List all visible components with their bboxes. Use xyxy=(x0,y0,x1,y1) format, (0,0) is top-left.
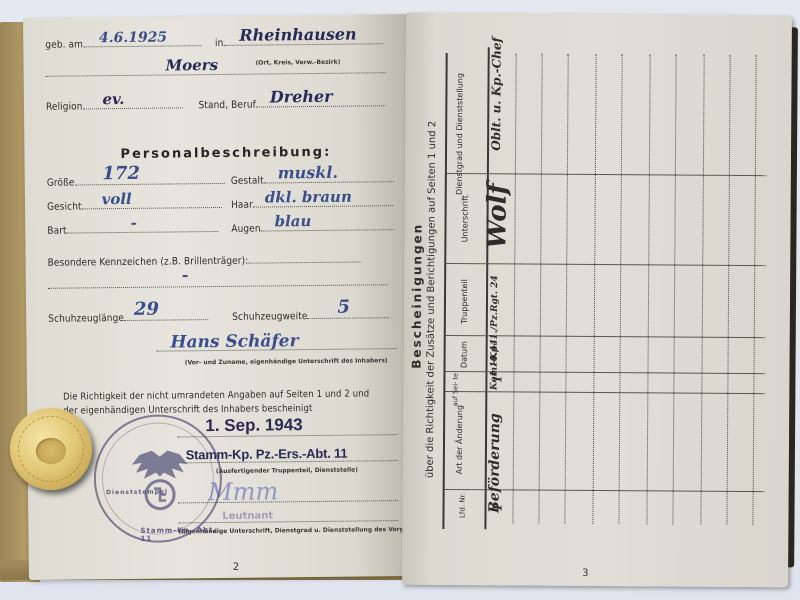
eagle-emblem-icon xyxy=(130,446,191,517)
build-row: Gestalt muskl. xyxy=(231,174,394,187)
marks-row: Besondere Kennzeichen (z.B. Brillenträge… xyxy=(48,255,361,269)
col-header-date: Datum xyxy=(460,341,469,368)
coin xyxy=(10,408,92,490)
right-page-subtitle: über die Richtigkeit der Zusätze und Ber… xyxy=(425,121,438,478)
eyes-row: Augen blau xyxy=(231,222,394,235)
district-value: Moers xyxy=(165,56,218,75)
shoe-width-label: Schuhzeugweite xyxy=(232,311,307,323)
left-page: geb. am 4.6.1925 in Rheinhausen (Ort, Kr… xyxy=(23,14,413,580)
marks-value: - xyxy=(182,265,189,284)
shoe-width-row: Schuhzeugweite 5 xyxy=(232,310,389,323)
stamp-label: Dienststempel xyxy=(106,489,168,497)
religion-row: Religion ev. Stand, Beruf Dreher xyxy=(46,98,398,113)
cert-date-row: 1. Sep. 1943 xyxy=(177,434,397,440)
row-change: Beförderung xyxy=(487,413,504,513)
cert-date-stamp: 1. Sep. 1943 xyxy=(205,415,303,436)
photo-scene: geb. am 4.6.1925 in Rheinhausen (Ort, Kr… xyxy=(0,0,800,600)
page-number-right: 3 xyxy=(582,568,588,579)
holder-signature-row: Hans Schäfer xyxy=(157,348,397,355)
row-rank: Oblt. u. Kp.-Chef xyxy=(489,37,504,151)
occupation-label: Stand, Beruf xyxy=(199,100,256,112)
born-on-value: 4.6.1925 xyxy=(99,30,167,47)
col-header-signature: Unterschrift xyxy=(460,195,469,242)
official-stamp: Dienststempel Stamm-Kp. Abt. 11 xyxy=(93,414,222,543)
officer-rank-stamp: Leutnant xyxy=(222,510,273,522)
shoe-width-value: 5 xyxy=(337,297,350,318)
beard-label: Bart xyxy=(47,226,66,237)
coin-relief-icon xyxy=(36,438,66,464)
face-row: Gesicht voll xyxy=(47,200,222,213)
eyes-value: blau xyxy=(274,212,311,230)
marks-label: Besondere Kennzeichen (z.B. Brillenträge… xyxy=(48,256,249,269)
hair-label: Haar xyxy=(231,200,253,211)
col-header-page: auf Sei- te xyxy=(451,373,459,406)
shoe-length-row: Schuhzeuglänge 29 xyxy=(48,312,208,325)
occupation-value: Dreher xyxy=(270,87,333,107)
religion-value: ev. xyxy=(102,90,124,108)
holder-signature-hint: (Vor- und Zuname, eigenhändige Unterschr… xyxy=(185,357,388,366)
row-signature: Wolf xyxy=(482,183,512,249)
row-nr: 1 xyxy=(491,503,505,511)
hair-row: Haar dkl. braun xyxy=(231,198,393,211)
face-label: Gesicht xyxy=(47,201,82,212)
beard-value: - xyxy=(130,214,136,232)
build-value: muskl. xyxy=(278,163,339,183)
holder-signature: Hans Schäfer xyxy=(170,331,298,352)
height-label: Größe xyxy=(47,177,75,188)
certification-text-1: Die Richtigkeit der nicht umrandeten Ang… xyxy=(63,388,369,402)
born-row: geb. am 4.6.1925 in Rheinhausen xyxy=(45,36,397,51)
row-date: 1.10.44 xyxy=(489,339,499,377)
born-in-hint: (Ort, Kreis, Verw.-Bezirk) xyxy=(256,59,341,67)
face-value: voll xyxy=(101,190,131,208)
religion-label: Religion xyxy=(46,101,83,112)
table-row: Oblt. u. Kp.-Chef Wolf Kom.-Kp. 1./Pz.Rg… xyxy=(406,13,792,16)
shoe-length-value: 29 xyxy=(134,299,159,320)
shoe-length-label: Schuhzeuglänge xyxy=(48,313,124,325)
district-row: Moers xyxy=(46,72,398,80)
right-page: Bescheinigungen über die Richtigkeit der… xyxy=(402,13,792,588)
height-row: Größe 172 xyxy=(47,176,225,189)
hair-value: dkl. braun xyxy=(265,188,352,207)
col-header-unit: Truppenteil xyxy=(460,279,469,324)
marks-line-2: - xyxy=(48,284,388,292)
born-in-label: in xyxy=(215,38,224,49)
col-header-nr: Lfd. Nr. xyxy=(458,493,466,518)
born-on-label: geb. am xyxy=(45,39,83,50)
row-page: 1 xyxy=(491,375,504,383)
beard-row: Bart - xyxy=(47,224,218,237)
stamp-ring-text: Stamm-Kp. Abt. 11 xyxy=(140,526,220,543)
eyes-label: Augen xyxy=(231,224,260,235)
cert-unit-hint: (Ausfertigender Truppenteil, Dienststell… xyxy=(216,467,358,475)
page-number-left: 2 xyxy=(233,562,239,573)
section-title: Personalbeschreibung: xyxy=(120,145,331,162)
build-label: Gestalt xyxy=(231,176,264,187)
born-in-value: Rheinhausen xyxy=(239,25,356,45)
height-value: 172 xyxy=(102,163,140,184)
right-page-title: Bescheinigungen xyxy=(410,223,425,369)
col-header-rank: Dienstgrad und Dienststellung xyxy=(455,73,465,195)
col-header-change: Art der Änderung xyxy=(455,405,464,474)
